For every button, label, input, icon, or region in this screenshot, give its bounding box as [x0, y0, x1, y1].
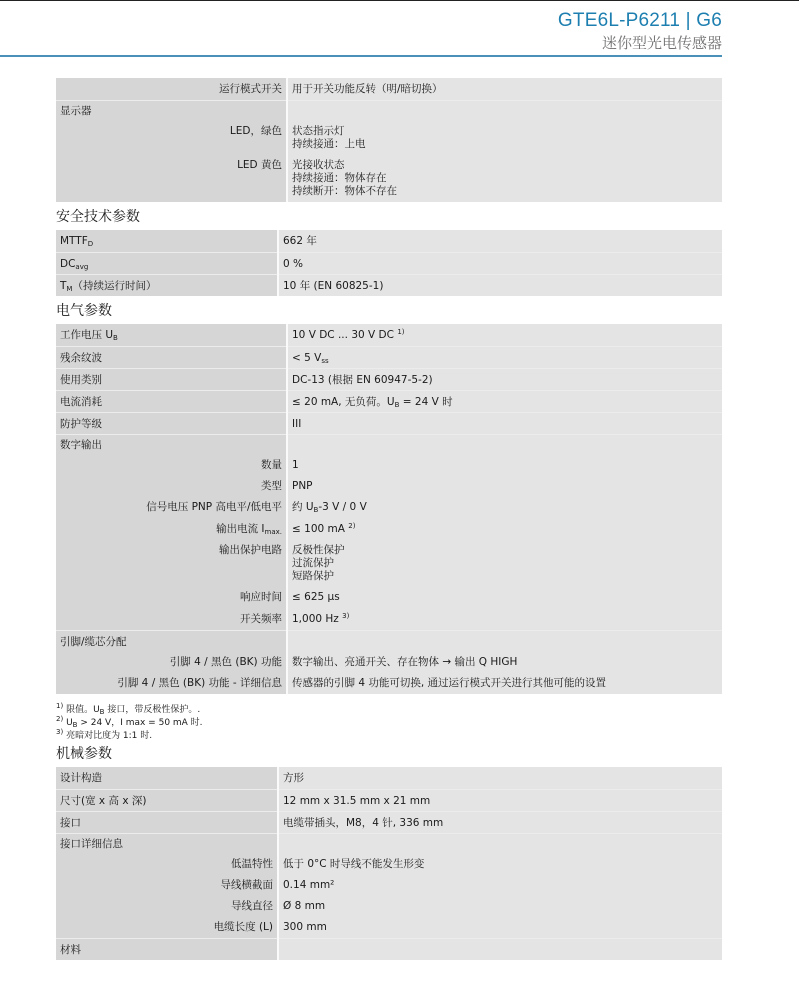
spec-value: 方形 — [278, 767, 722, 789]
spec-key: MTTFD — [56, 230, 278, 252]
value-line: 过流保护 — [292, 557, 718, 570]
spec-key: 材料 — [56, 938, 278, 960]
table-row: 输出保护电路 反极性保护 过流保护 短路保护 — [56, 540, 722, 587]
table-row: LED 黄色 光接收状态 持续接通：物体存在 持续断开：物体不存在 — [56, 155, 722, 202]
section-heading-electrical: 电气参数 — [56, 302, 722, 321]
page-header: GTE6L-P6211 | G6 迷你型光电传感器 — [0, 0, 722, 57]
table-row: DCavg 0 % — [56, 252, 722, 274]
spec-value: ≤ 20 mA, 无负荷。UB = 24 V 时 — [287, 390, 722, 412]
table-row: 引脚/缆芯分配 — [56, 630, 722, 652]
value-line: 短路保护 — [292, 570, 718, 583]
section-heading-safety: 安全技术参数 — [56, 208, 722, 227]
spec-key: 引脚/缆芯分配 — [56, 630, 287, 652]
spec-key: 引脚 4 / 黑色 (BK) 功能 — [56, 652, 287, 673]
table-row: 工作电压 UB 10 V DC ... 30 V DC 1) — [56, 324, 722, 346]
value-line: 光接收状态 — [292, 159, 718, 172]
table-row: MTTFD 662 年 — [56, 230, 722, 252]
spec-value: 数字输出、亮通开关、存在物体 → 输出 Q HIGH — [287, 652, 722, 673]
table-row: 开关频率 1,000 Hz 3) — [56, 608, 722, 630]
spec-key: 低温特性 — [56, 854, 278, 875]
table-row: 尺寸(宽 x 高 x 深) 12 mm x 31.5 mm x 21 mm — [56, 789, 722, 811]
table-row: TM（持续运行时间） 10 年 (EN 60825-1) — [56, 274, 722, 296]
table-row: 响应时间 ≤ 625 μs — [56, 587, 722, 608]
spec-value: DC-13 (根据 EN 60947-5-2) — [287, 368, 722, 390]
value-line: 持续接通：物体存在 — [292, 172, 718, 185]
spec-value: 12 mm x 31.5 mm x 21 mm — [278, 789, 722, 811]
spec-value: 300 mm — [278, 917, 722, 938]
spec-key: 信号电压 PNP 高电平/低电平 — [56, 497, 287, 518]
spec-key: 工作电压 UB — [56, 324, 287, 346]
spec-key: 接口 — [56, 811, 278, 833]
product-subtitle: 迷你型光电传感器 — [602, 32, 722, 53]
table-row: 防护等级 III — [56, 412, 722, 434]
spec-value: 0.14 mm² — [278, 875, 722, 896]
spec-key: 响应时间 — [56, 587, 287, 608]
spec-key: LED，绿色 — [56, 121, 287, 155]
table-row: 显示器 — [56, 100, 722, 121]
table-row: 残余纹波 < 5 Vss — [56, 346, 722, 368]
safety-table: MTTFD 662 年 DCavg 0 % TM（持续运行时间） 10 年 (E… — [56, 230, 722, 296]
spec-key: TM（持续运行时间） — [56, 274, 278, 296]
spec-key: 接口详细信息 — [56, 833, 278, 854]
spec-key: LED 黄色 — [56, 155, 287, 202]
spec-value — [278, 938, 722, 960]
table-row: 类型 PNP — [56, 476, 722, 497]
spec-key: 防护等级 — [56, 412, 287, 434]
spec-key: DCavg — [56, 252, 278, 274]
table-row: LED，绿色 状态指示灯 持续接通：上电 — [56, 121, 722, 155]
table-row: 运行模式开关 用于开关功能反转（明/暗切换） — [56, 78, 722, 100]
spec-value — [287, 630, 722, 652]
spec-value: 1,000 Hz 3) — [287, 608, 722, 630]
table-row: 接口 电缆带插头，M8，4 针, 336 mm — [56, 811, 722, 833]
spec-value: 光接收状态 持续接通：物体存在 持续断开：物体不存在 — [287, 155, 722, 202]
table-row: 引脚 4 / 黑色 (BK) 功能 - 详细信息 传感器的引脚 4 功能可切换,… — [56, 673, 722, 694]
section-heading-mechanical: 机械参数 — [56, 745, 722, 764]
spec-key: 数字输出 — [56, 434, 287, 455]
spec-value: 反极性保护 过流保护 短路保护 — [287, 540, 722, 587]
spec-key: 尺寸(宽 x 高 x 深) — [56, 789, 278, 811]
spec-value: 低于 0°C 时导线不能发生形变 — [278, 854, 722, 875]
mechanical-table: 设计构造 方形 尺寸(宽 x 高 x 深) 12 mm x 31.5 mm x … — [56, 767, 722, 960]
spec-key: 电流消耗 — [56, 390, 287, 412]
spec-value: Ø 8 mm — [278, 896, 722, 917]
table-row: 接口详细信息 — [56, 833, 722, 854]
table-row: 导线横截面 0.14 mm² — [56, 875, 722, 896]
spec-value: 用于开关功能反转（明/暗切换） — [287, 78, 722, 100]
header-rule — [0, 55, 722, 57]
spec-key: 电缆长度 (L) — [56, 917, 278, 938]
spec-value — [287, 434, 722, 455]
spec-value: < 5 Vss — [287, 346, 722, 368]
footnote: 2) UB > 24 V，I max = 50 mA 时. — [56, 717, 722, 730]
spec-value — [287, 100, 722, 121]
table-row: 电缆长度 (L) 300 mm — [56, 917, 722, 938]
value-line: 状态指示灯 — [292, 125, 718, 138]
spec-content: 运行模式开关 用于开关功能反转（明/暗切换） 显示器 LED，绿色 状态指示灯 … — [56, 78, 722, 960]
spec-value: 10 年 (EN 60825-1) — [278, 274, 722, 296]
spec-key: 引脚 4 / 黑色 (BK) 功能 - 详细信息 — [56, 673, 287, 694]
table-row: 设计构造 方形 — [56, 767, 722, 789]
spec-value: 10 V DC ... 30 V DC 1) — [287, 324, 722, 346]
table-row: 引脚 4 / 黑色 (BK) 功能 数字输出、亮通开关、存在物体 → 输出 Q … — [56, 652, 722, 673]
table-row: 导线直径 Ø 8 mm — [56, 896, 722, 917]
spec-key: 导线直径 — [56, 896, 278, 917]
spec-key: 类型 — [56, 476, 287, 497]
value-line: 持续断开：物体不存在 — [292, 185, 718, 198]
value-line: 持续接通：上电 — [292, 138, 718, 151]
spec-value: ≤ 625 μs — [287, 587, 722, 608]
spec-value: 电缆带插头，M8，4 针, 336 mm — [278, 811, 722, 833]
footnotes: 1) 限值。UB 接口，带反极性保护。. 2) UB > 24 V，I max … — [56, 704, 722, 743]
table-row: 数量 1 — [56, 455, 722, 476]
spec-value: III — [287, 412, 722, 434]
table-row: 数字输出 — [56, 434, 722, 455]
table-row: 低温特性 低于 0°C 时导线不能发生形变 — [56, 854, 722, 875]
spec-value: 状态指示灯 持续接通：上电 — [287, 121, 722, 155]
spec-value: 传感器的引脚 4 功能可切换, 通过运行模式开关进行其他可能的设置 — [287, 673, 722, 694]
spec-key: 使用类别 — [56, 368, 287, 390]
spec-key: 输出保护电路 — [56, 540, 287, 587]
display-table: 运行模式开关 用于开关功能反转（明/暗切换） 显示器 LED，绿色 状态指示灯 … — [56, 78, 722, 202]
spec-key: 导线横截面 — [56, 875, 278, 896]
table-row: 使用类别 DC-13 (根据 EN 60947-5-2) — [56, 368, 722, 390]
spec-value: ≤ 100 mA 2) — [287, 518, 722, 540]
spec-value: PNP — [287, 476, 722, 497]
spec-value: 662 年 — [278, 230, 722, 252]
spec-key: 运行模式开关 — [56, 78, 287, 100]
electrical-table: 工作电压 UB 10 V DC ... 30 V DC 1) 残余纹波 < 5 … — [56, 324, 722, 694]
table-row: 信号电压 PNP 高电平/低电平 约 UB-3 V / 0 V — [56, 497, 722, 518]
spec-value: 约 UB-3 V / 0 V — [287, 497, 722, 518]
spec-key: 残余纹波 — [56, 346, 287, 368]
spec-key: 输出电流 Imax. — [56, 518, 287, 540]
spec-key: 开关频率 — [56, 608, 287, 630]
spec-key: 设计构造 — [56, 767, 278, 789]
product-title: GTE6L-P6211 | G6 — [558, 10, 722, 32]
table-row: 电流消耗 ≤ 20 mA, 无负荷。UB = 24 V 时 — [56, 390, 722, 412]
spec-value: 1 — [287, 455, 722, 476]
value-line: 反极性保护 — [292, 544, 718, 557]
spec-key: 显示器 — [56, 100, 287, 121]
spec-value — [278, 833, 722, 854]
table-row: 材料 — [56, 938, 722, 960]
footnote: 3) 亮暗对比度为 1:1 时. — [56, 730, 722, 743]
table-row: 输出电流 Imax. ≤ 100 mA 2) — [56, 518, 722, 540]
spec-value: 0 % — [278, 252, 722, 274]
footnote: 1) 限值。UB 接口，带反极性保护。. — [56, 704, 722, 717]
spec-key: 数量 — [56, 455, 287, 476]
